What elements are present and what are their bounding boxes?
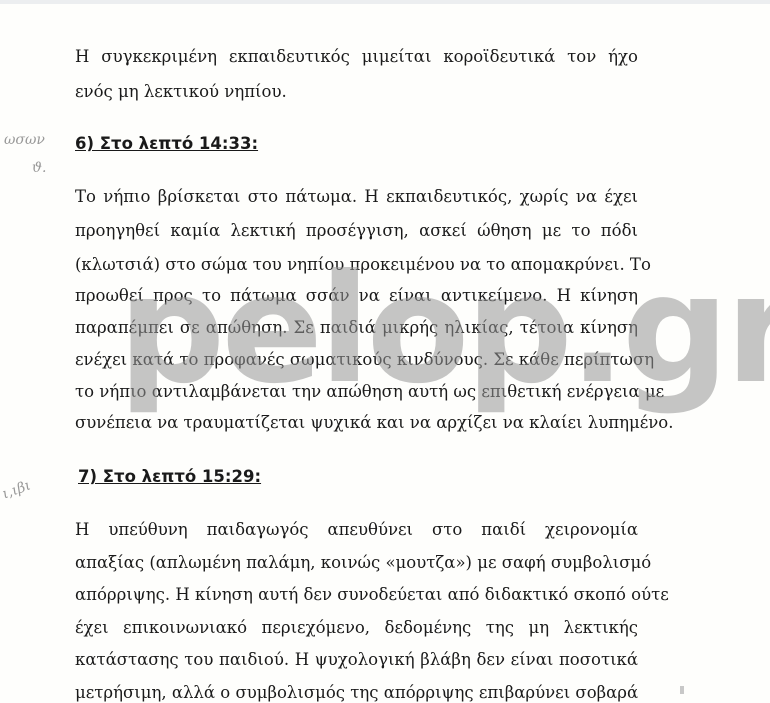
section-7-line: κατάστασης του παιδιού. Η ψυχολογική βλά… xyxy=(75,650,638,670)
section-7-line: μετρήσιμη, αλλά ο συμβολισμός της απόρρι… xyxy=(75,683,638,703)
section-heading-6: 6) Στο λεπτό 14:33: xyxy=(75,134,258,154)
section-6-line: (κλωτσιά) στο σώμα του νηπίου προκειμένο… xyxy=(75,255,638,275)
section-7-line: απαξίας (απλωμένη παλάμη, κοινώς «μουτζα… xyxy=(75,553,638,573)
intro-line-1: Η συγκεκριμένη εκπαιδευτικός μιμείται κο… xyxy=(75,47,638,67)
section-7-line: Η υπεύθυνη παιδαγωγός απευθύνει στο παιδ… xyxy=(75,520,638,540)
section-heading-7: 7) Στο λεπτό 15:29: xyxy=(78,467,261,487)
section-6-line: το νήπιο αντιλαμβάνεται την απώθηση αυτή… xyxy=(75,382,638,402)
handwritten-mark-6: ϑ. xyxy=(32,160,46,176)
section-7-line: απόρριψης. Η κίνηση αυτή δεν συνοδεύεται… xyxy=(75,585,638,605)
section-6-line: Το νήπιο βρίσκεται στο πάτωμα. Η εκπαιδε… xyxy=(75,187,638,207)
section-7-line: έχει επικοινωνιακό περιεχόμενο, δεδομένη… xyxy=(75,618,638,638)
section-6-line: παραπέμπει σε απώθηση. Σε παιδιά μικρής … xyxy=(75,318,638,338)
document-page: Η συγκεκριμένη εκπαιδευτικός μιμείται κο… xyxy=(0,0,770,703)
intro-line-2: ενός μη λεκτικού νηπίου. xyxy=(75,82,638,102)
handwritten-note-7: ι,ιβι xyxy=(0,478,33,503)
section-6-line: ενέχει κατά το προφανές σωματικούς κινδύ… xyxy=(75,350,638,370)
section-6-line: προωθεί προς το πάτωμα σσάν να είναι αντ… xyxy=(75,286,638,306)
section-6-line: συνέπεια να τραυματίζεται ψυχικά και να … xyxy=(75,413,638,433)
scan-speck xyxy=(680,686,684,694)
handwritten-note-6: ωσων xyxy=(4,132,45,148)
section-6-line: προηγηθεί καμία λεκτική προσέγγιση, ασκε… xyxy=(75,221,638,241)
